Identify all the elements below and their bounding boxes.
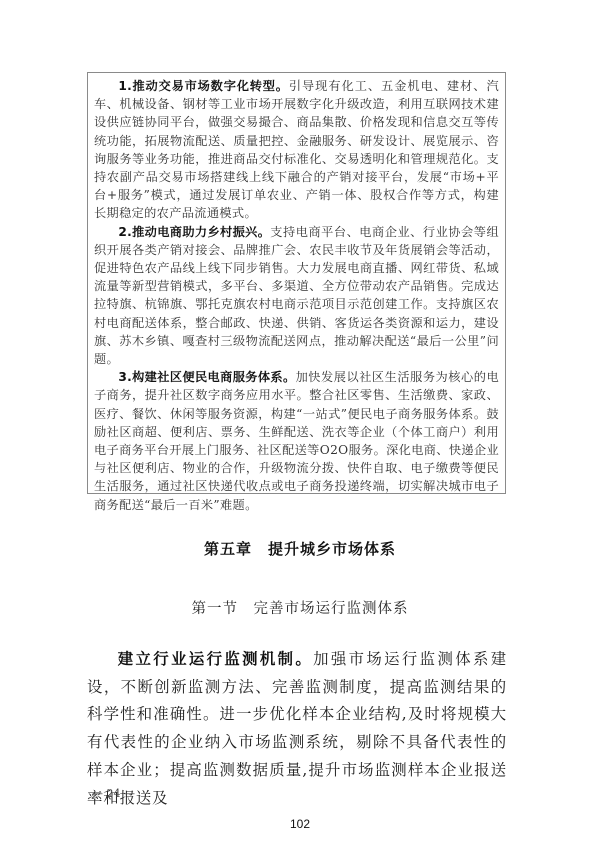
- body-paragraph-heading: 建立行业运行监测机制。: [118, 650, 313, 668]
- box-item-1-heading: 1.推动交易市场数字化转型。: [118, 79, 288, 93]
- box-item-2-heading: 2.推动电商助力乡村振兴。: [118, 225, 270, 239]
- box-item-1-text: 引导现有化工、五金机电、建材、汽车、机械设备、钢材等工业市场开展数字化升级改造，…: [94, 79, 499, 220]
- body-paragraph-text: 加强市场运行监测体系建设，不断创新监测方法、完善监测制度，提高监测结果的科学性和…: [87, 650, 507, 807]
- box-item-3-text: 加快发展以社区生活服务为核心的电子商务，提升社区数字商务应用水平。整合社区零售、…: [94, 370, 499, 511]
- box-item-3: 3.构建社区便民电商服务体系。加快发展以社区生活服务为核心的电子商务，提升社区数…: [94, 368, 499, 514]
- page-number: 102: [0, 817, 600, 831]
- box-item-1: 1.推动交易市场数字化转型。引导现有化工、五金机电、建材、汽车、机械设备、钢材等…: [94, 77, 499, 223]
- body-text: 建立行业运行监测机制。加强市场运行监测体系建设，不断创新监测方法、完善监测制度，…: [87, 646, 507, 812]
- body-paragraph: 建立行业运行监测机制。加强市场运行监测体系建设，不断创新监测方法、完善监测制度，…: [87, 646, 507, 812]
- box-item-2-text: 支持电商平台、电商企业、行业协会等组织开展各类产销对接会、品牌推广会、农民丰收节…: [94, 225, 499, 366]
- section-title: 第一节 完善市场运行监测体系: [0, 597, 600, 618]
- box-item-2: 2.推动电商助力乡村振兴。支持电商平台、电商企业、行业协会等组织开展各类产销对接…: [94, 223, 499, 369]
- folio: — 24 —: [92, 787, 135, 800]
- highlight-box: 1.推动交易市场数字化转型。引导现有化工、五金机电、建材、汽车、机械设备、钢材等…: [87, 72, 506, 494]
- box-item-3-heading: 3.构建社区便民电商服务体系。: [118, 370, 295, 384]
- chapter-title: 第五章 提升城乡市场体系: [0, 538, 600, 559]
